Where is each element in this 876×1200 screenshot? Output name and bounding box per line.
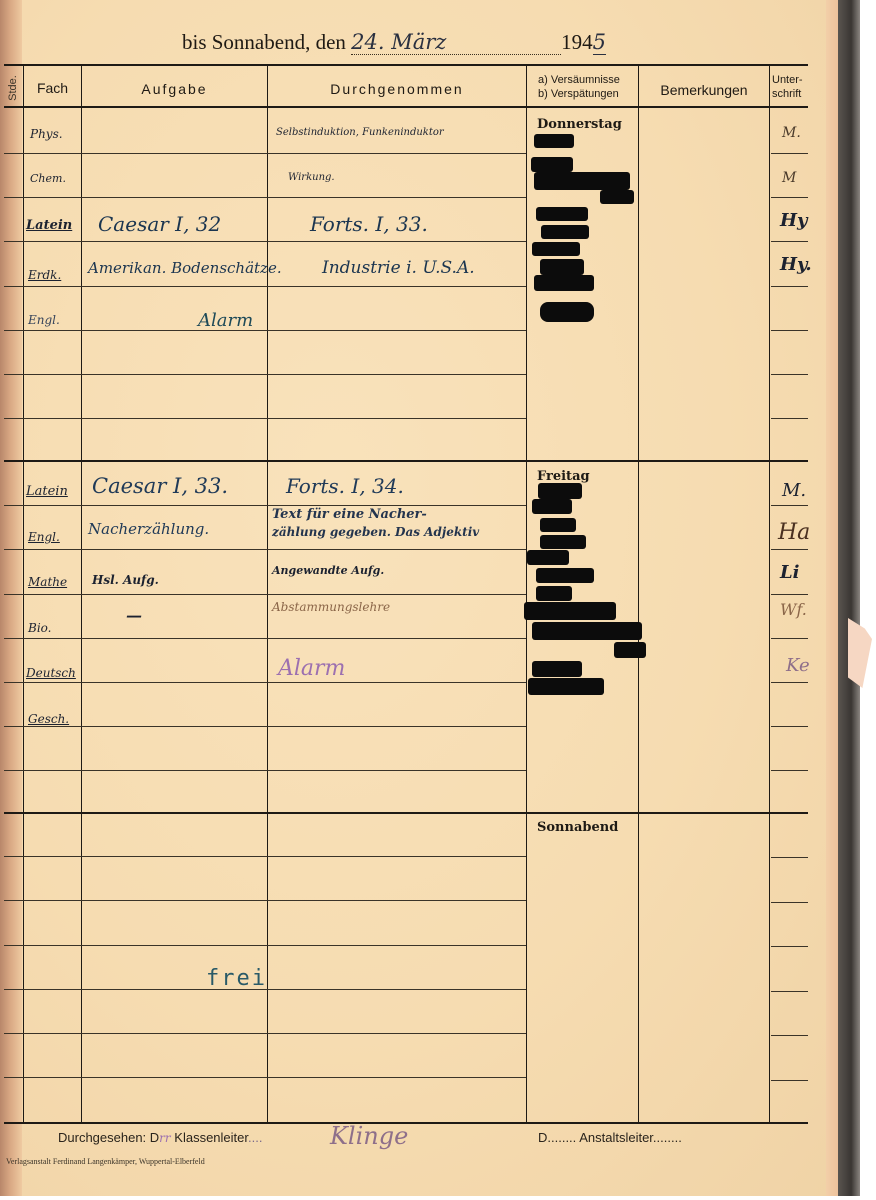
footer-durchgesehen: Durchgesehen: Drr Klassenleiter.... — [58, 1130, 262, 1145]
book-cover-edge — [838, 0, 860, 1196]
header-unterschrift-2: schrift — [772, 87, 810, 101]
day-label-sonnabend: Sonnabend — [537, 820, 618, 835]
redaction-block — [524, 602, 616, 620]
row-rule — [4, 286, 526, 287]
durchgenommen-cell: Wirkung. — [288, 172, 335, 183]
durchgenommen-cell-2: zählung gegeben. Das Adjektiv — [272, 525, 479, 539]
sig-rule — [771, 991, 808, 992]
signature-cell: M. — [782, 125, 801, 141]
fach-cell: Phys. — [30, 127, 63, 141]
header-aufgabe: Aufgabe — [82, 81, 267, 97]
durchgenommen-cell: Abstammungslehre — [272, 600, 390, 614]
aufgabe-cell-frei: frei — [206, 966, 267, 991]
durchgesehen-hand: rr — [159, 1131, 170, 1145]
redaction-block — [532, 622, 642, 640]
day-label-freitag: Freitag — [537, 469, 590, 484]
year-handwritten: 5 — [593, 30, 606, 55]
sig-rule — [771, 197, 808, 198]
signature-cell: Hy — [780, 210, 807, 231]
redaction-block — [540, 518, 576, 532]
sig-rule — [771, 153, 808, 154]
aufgabe-cell: Caesar I, 33. — [92, 474, 228, 498]
sig-rule — [771, 946, 808, 947]
fach-cell: Gesch. — [28, 712, 69, 726]
redaction-block — [541, 225, 589, 239]
durchgenommen-cell: Selbstinduktion, Funkeninduktor — [276, 127, 444, 138]
redaction-block — [532, 661, 582, 677]
header-bemerkungen: Bemerkungen — [639, 82, 769, 98]
header-versaeumnisse: a) Versäumnisse b) Verspätungen — [538, 73, 638, 101]
publisher-imprint: Verlagsanstalt Ferdinand Langenkämper, W… — [6, 1157, 205, 1166]
anstaltsleiter-label: Anstaltsleiter........ — [579, 1130, 682, 1145]
footer-anstaltsleiter: D........ Anstaltsleiter........ — [538, 1130, 682, 1145]
durchgenommen-cell: Angewandte Aufg. — [272, 564, 384, 577]
row-rule — [4, 594, 526, 595]
sig-rule — [771, 682, 808, 683]
row-rule — [4, 770, 526, 771]
sig-rule — [771, 857, 808, 858]
aufgabe-cell: Caesar I, 32 — [98, 212, 221, 236]
row-rule — [4, 549, 526, 550]
redaction-block — [536, 207, 588, 221]
redaction-block — [534, 172, 630, 190]
redaction-block — [614, 642, 646, 658]
date-handwritten: 24. März — [351, 30, 561, 55]
row-rule — [4, 900, 526, 901]
durchgenommen-cell: Forts. I, 33. — [310, 212, 428, 236]
signature-cell: Li — [780, 562, 800, 583]
aufgabe-cell: Amerikan. Bodenschätze. — [88, 259, 282, 277]
sig-rule — [771, 374, 808, 375]
sig-rule — [771, 638, 808, 639]
redaction-block — [532, 242, 580, 256]
col-line-versaeumnisse — [638, 66, 639, 1122]
row-rule — [4, 505, 526, 506]
aufgabe-cell: Hsl. Aufg. — [92, 573, 159, 587]
fach-cell: Deutsch — [26, 666, 76, 680]
row-rule — [4, 1033, 526, 1034]
document-page — [0, 0, 836, 1196]
row-rule — [4, 418, 526, 419]
sig-rule — [771, 770, 808, 771]
row-rule — [4, 330, 526, 331]
durchgesehen-label: Durchgesehen: D — [58, 1130, 159, 1145]
row-rule — [4, 153, 526, 154]
signature-cell: Hy. — [780, 254, 812, 275]
klassenleiter-signature: Klinge — [330, 1122, 408, 1150]
sig-rule — [771, 241, 808, 242]
row-rule — [4, 241, 526, 242]
header-fach: Fach — [24, 80, 81, 96]
d2-label: D........ — [538, 1130, 576, 1145]
sig-rule — [771, 726, 808, 727]
year-printed: 194 — [561, 30, 593, 54]
signature-cell: M. — [782, 480, 806, 501]
redaction-block — [540, 302, 594, 322]
sig-rule — [771, 505, 808, 506]
aufgabe-cell: Nacherzählung. — [88, 520, 209, 538]
sig-rule — [771, 330, 808, 331]
header-versaeumnisse-b: b) Verspätungen — [538, 87, 638, 101]
redaction-block — [534, 275, 594, 291]
sig-rule — [771, 286, 808, 287]
fach-cell: Engl. — [28, 530, 60, 544]
header-unterschrift: Unter- schrift — [772, 73, 810, 101]
sig-rule — [771, 594, 808, 595]
redaction-block — [534, 134, 574, 148]
col-line-durchgenommen — [526, 66, 527, 1122]
fach-cell: Mathe — [28, 575, 67, 589]
sig-rule — [771, 1080, 808, 1081]
redaction-block — [531, 157, 573, 172]
day-label-donnerstag: Donnerstag — [537, 117, 622, 132]
header-versaeumnisse-a: a) Versäumnisse — [538, 73, 638, 87]
row-rule — [4, 856, 526, 857]
redaction-block — [540, 259, 584, 275]
row-rule — [4, 726, 526, 727]
col-line-bemerkungen — [769, 66, 770, 1122]
sig-rule — [771, 902, 808, 903]
fach-cell: Bio. — [28, 621, 51, 635]
row-rule — [4, 945, 526, 946]
header-unterschrift-1: Unter- — [772, 73, 810, 87]
aufgabe-cell: — — [126, 606, 142, 625]
row-rule — [4, 682, 526, 683]
header-durchgenommen: Durchgenommen — [268, 81, 526, 97]
redaction-block — [527, 550, 569, 565]
header-bottom-rule — [4, 106, 808, 108]
title-prefix: bis Sonnabend, den — [182, 30, 346, 54]
row-rule — [4, 638, 526, 639]
redaction-block — [540, 535, 586, 549]
fach-cell: Chem. — [30, 172, 66, 185]
row-rule — [4, 374, 526, 375]
durchgenommen-cell: Forts. I, 34. — [286, 474, 404, 498]
header-top-rule — [4, 64, 808, 66]
aufgabe-cell: Alarm — [198, 310, 253, 331]
sig-rule — [771, 418, 808, 419]
redaction-block — [536, 568, 594, 583]
sig-rule — [771, 549, 808, 550]
fach-cell: Erdk. — [28, 268, 61, 282]
redaction-block — [532, 499, 572, 514]
durchgenommen-cell: Industrie i. U.S.A. — [322, 258, 475, 278]
book-binding — [0, 0, 22, 1196]
redaction-block — [600, 190, 634, 204]
week-title: bis Sonnabend, den 24. März1945 — [182, 30, 606, 55]
redaction-block — [528, 678, 604, 695]
durchgenommen-cell: Text für eine Nacher- — [272, 507, 427, 522]
signature-cell: M — [782, 170, 796, 186]
paper-tab — [848, 618, 872, 688]
day-separator-freitag — [4, 460, 808, 462]
row-rule — [4, 197, 526, 198]
redaction-block — [536, 586, 572, 601]
day-separator-sonnabend — [4, 812, 808, 814]
fach-cell: Latein — [26, 218, 72, 233]
signature-cell: Wf. — [780, 600, 807, 619]
row-rule — [4, 1077, 526, 1078]
durchgenommen-cell: Alarm — [278, 656, 345, 681]
fach-cell: Latein — [26, 484, 68, 499]
redaction-block — [538, 483, 582, 499]
page-edge — [826, 0, 838, 1196]
fach-cell: Engl. — [28, 313, 60, 327]
klassenleiter-label: Klassenleiter — [174, 1130, 248, 1145]
signature-cell: Ha — [778, 520, 810, 545]
signature-cell: Ke — [786, 655, 810, 676]
sig-rule — [771, 1035, 808, 1036]
